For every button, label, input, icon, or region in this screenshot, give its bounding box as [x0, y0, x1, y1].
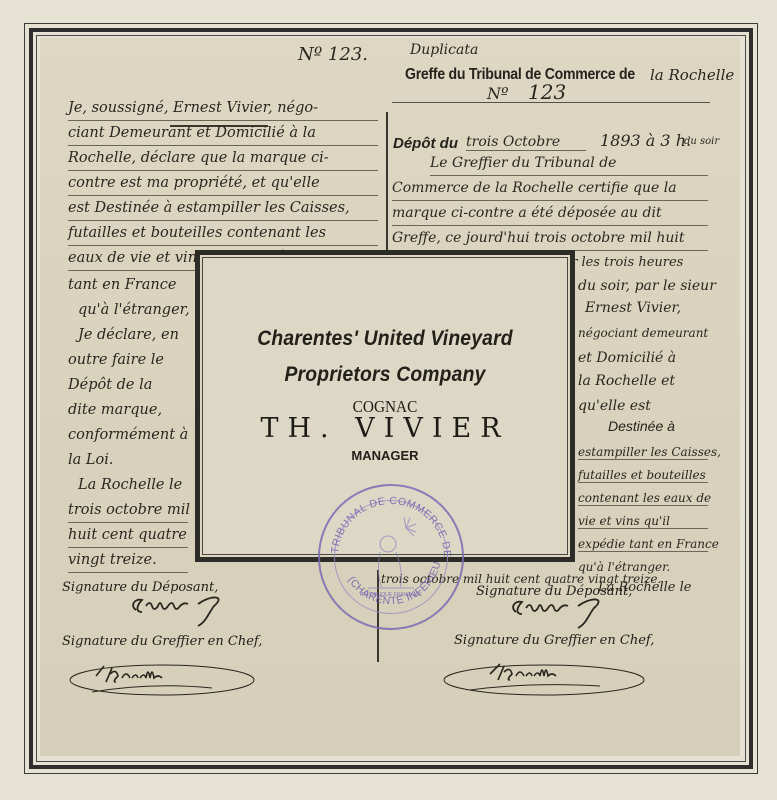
certification-side-line: négociant demeurant — [578, 326, 708, 340]
manager-name: TH. VIVIER — [200, 413, 570, 444]
certification-side-line: futailles et bouteilles — [578, 468, 708, 483]
declaration-line: conformément à — [68, 427, 188, 447]
declaration-line: contre est ma propriété, et qu'elle — [68, 175, 378, 196]
certification-side-line: contenant les eaux de — [578, 491, 708, 506]
certification-line: Le Greffier du Tribunal de — [430, 155, 708, 176]
depot-date: trois Octobre — [466, 134, 586, 151]
declaration-line: vingt treize. — [68, 552, 188, 573]
certification-side-line: vie et vins qu'il — [578, 514, 708, 529]
certification-side-line: qu'elle est — [578, 398, 708, 414]
declaration-line: Je, soussigné, Ernest Vivier, négo- — [68, 100, 378, 121]
certification-side-line: du soir, par le sieur — [578, 278, 708, 294]
greffier-signature-label: Signature du Greffier en Chef, — [62, 634, 262, 649]
declaration-line: dite marque, — [68, 402, 188, 422]
certification-line: Greffe, ce jourd'hui trois octobre mil h… — [392, 230, 708, 251]
manager-title: MANAGER — [200, 448, 570, 463]
certification-side-line: Ernest Vivier, — [585, 300, 715, 316]
greffier-signature — [66, 658, 266, 703]
certification-side-line: la Rochelle et — [578, 373, 708, 389]
certification-side-line: estampiller les Caisses, — [578, 445, 708, 460]
company-name-line1: Charentes' United Vineyard — [215, 327, 555, 351]
certification-side-line: et Domicilié à — [578, 350, 708, 366]
declaration-line: ciant Demeurant et Domicilié à la — [68, 125, 378, 146]
declaration-line: est Destinée à estampiller les Caisses, — [68, 200, 378, 221]
depot-time-suffix: du soir — [684, 136, 719, 147]
number-value: 123 — [528, 80, 566, 104]
deposant-signature — [128, 592, 238, 632]
declaration-line: huit cent quatre — [68, 527, 188, 548]
deposant-signature-right — [508, 594, 618, 634]
greffier-signature-right — [440, 656, 660, 706]
stamp-seal-icon: TRIBUNAL DE COMMERCE DE LA ROCHELLE (CHA… — [318, 484, 464, 630]
duplicata-note: Duplicata — [410, 42, 478, 58]
column-divider — [386, 112, 388, 257]
declaration-line: futailles et bouteilles contenant les — [68, 225, 378, 246]
destinee-label: Destinée à — [608, 418, 675, 434]
declaration-line: Je déclare, en — [78, 327, 198, 347]
declaration-line: tant en France — [68, 277, 188, 297]
declaration-line: Rochelle, déclare que la marque ci- — [68, 150, 378, 171]
svg-text:RÉPUBLIQUE FRANÇAISE: RÉPUBLIQUE FRANÇAISE — [360, 591, 423, 598]
company-name-line2: Proprietors Company — [215, 363, 555, 387]
tribunal-stamp: TRIBUNAL DE COMMERCE DE LA ROCHELLE (CHA… — [318, 484, 464, 630]
document-number-header: Nº 123. — [298, 44, 368, 65]
greffier-signature-label-right: Signature du Greffier en Chef, — [454, 633, 654, 648]
number-label: Nº — [487, 84, 509, 103]
certification-side-line: expédie tant en France — [578, 537, 708, 552]
depot-label: Dépôt du — [393, 135, 458, 152]
declaration-line: outre faire le — [68, 352, 188, 372]
certification-line: marque ci-contre a été déposée au dit — [392, 205, 708, 226]
declaration-line: qu'à l'étranger, — [78, 302, 198, 322]
greffe-city: la Rochelle — [650, 66, 734, 84]
depot-year: 1893 à 3 h. — [600, 131, 691, 150]
declaration-line: la Loi. — [68, 452, 188, 472]
declaration-line: trois octobre mil — [68, 502, 188, 523]
svg-text:TRIBUNAL DE COMMERCE DE LA ROC: TRIBUNAL DE COMMERCE DE LA ROCHELLE — [318, 484, 453, 558]
greffe-title: Greffe du Tribunal de Commerce de — [405, 66, 635, 84]
declaration-line: La Rochelle le — [78, 477, 198, 497]
declaration-line: Dépôt de la — [68, 377, 188, 397]
certification-line: Commerce de la Rochelle certifie que la — [392, 180, 708, 201]
